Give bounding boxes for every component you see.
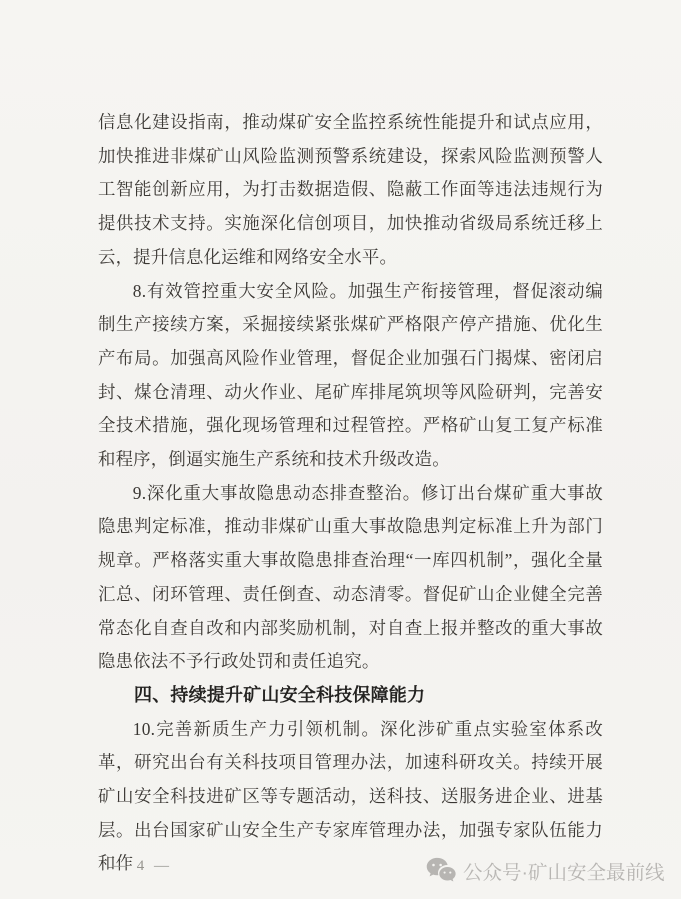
wechat-icon — [426, 857, 456, 885]
document-page: 信息化建设指南，推动煤矿安全监控系统性能提升和试点应用，加快推进非煤矿山风险监测… — [0, 0, 681, 899]
paragraph-10-lead: 10.完善新质生产力引领机制。 — [133, 719, 380, 739]
paragraph-9-lead: 9.深化重大事故隐患动态排查整治。 — [133, 483, 421, 503]
paragraph-8-body: 加强生产衔接管理，督促滚动编制生产接续方案，采掘接续紧张煤矿严格限产停产措施、优… — [98, 281, 603, 470]
document-text-block: 信息化建设指南，推动煤矿安全监控系统性能提升和试点应用，加快推进非煤矿山风险监测… — [98, 106, 603, 881]
paragraph-item-10: 10.完善新质生产力引领机制。深化涉矿重点实验室体系改革，研究出台有关科技项目管… — [98, 713, 603, 882]
paragraph-item-8: 8.有效管控重大安全风险。加强生产衔接管理，督促滚动编制生产接续方案，采掘接续紧… — [98, 275, 603, 477]
paragraph-10-body: 深化涉矿重点实验室体系改革，研究出台有关科技项目管理办法，加速科研攻关。持续开展… — [98, 719, 603, 874]
paragraph-8-lead: 8.有效管控重大安全风险。 — [133, 281, 348, 301]
watermark: 公众号·矿山安全最前线 — [426, 857, 665, 885]
section-heading-4: 四、持续提升矿山安全科技保障能力 — [98, 679, 603, 713]
watermark-text: 公众号·矿山安全最前线 — [463, 857, 665, 885]
page-number: — 4 — — [112, 858, 172, 875]
paragraph-continuation: 信息化建设指南，推动煤矿安全监控系统性能提升和试点应用，加快推进非煤矿山风险监测… — [98, 106, 603, 275]
paragraph-item-9: 9.深化重大事故隐患动态排查整治。修订出台煤矿重大事故隐患判定标准，推动非煤矿山… — [98, 477, 603, 679]
paragraph-9-body: 修订出台煤矿重大事故隐患判定标准，推动非煤矿山重大事故隐患判定标准上升为部门规章… — [98, 483, 603, 672]
